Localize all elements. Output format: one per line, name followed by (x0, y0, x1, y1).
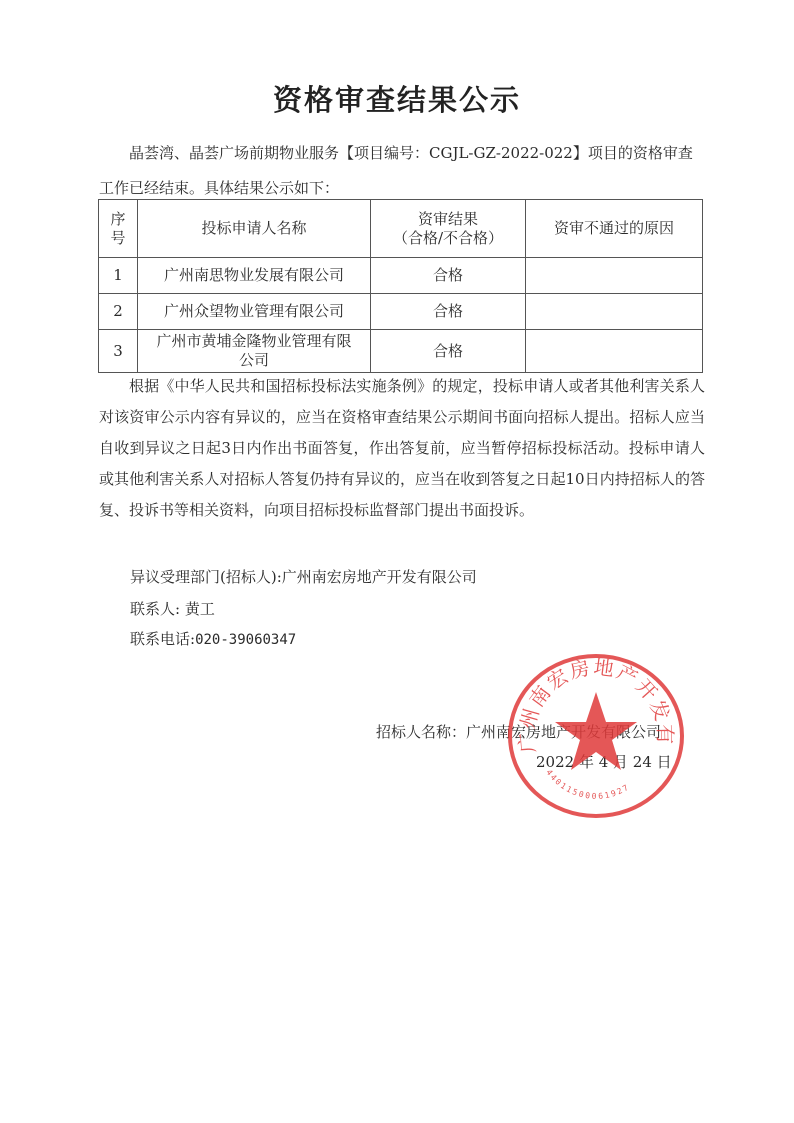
cell-applicant: 广州众望物业管理有限公司 (138, 294, 371, 330)
contact-phone: 联系电话:020-39060347 (130, 628, 296, 649)
phone-label: 联系电话: (130, 630, 195, 648)
cell-result: 合格 (371, 294, 526, 330)
objection-notice: 根据《中华人民共和国招标投标法实施条例》的规定，投标申请人或者其他利害关系人对该… (99, 371, 705, 526)
cell-index: 1 (99, 258, 138, 294)
cell-index: 3 (99, 330, 138, 373)
table-row: 3 广州市黄埔金隆物业管理有限 公司 合格 (99, 330, 703, 373)
cell-applicant: 广州市黄埔金隆物业管理有限 公司 (138, 330, 371, 373)
objection-department: 异议受理部门(招标人):广州南宏房地产开发有限公司 (130, 566, 477, 587)
sign-date: 2022 年 4 月 24 日 (536, 751, 672, 772)
header-applicant: 投标申请人名称 (138, 200, 371, 258)
table-row: 1 广州南思物业发展有限公司 合格 (99, 258, 703, 294)
cell-reason (526, 258, 703, 294)
signer-value: 广州南宏房地产开发有限公司 (466, 723, 661, 741)
signer-name: 招标人名称：广州南宏房地产开发有限公司 (376, 721, 661, 742)
seal-code: 44011500061927 (544, 768, 631, 801)
contact-person: 联系人: 黄工 (130, 598, 215, 619)
person-label: 联系人: (130, 600, 185, 618)
intro-paragraph: 晶荟湾、晶荟广场前期物业服务【项目编号：CGJL-GZ-2022-022】项目的… (99, 136, 705, 206)
cell-applicant: 广州南思物业发展有限公司 (138, 258, 371, 294)
signer-label: 招标人名称： (376, 723, 466, 741)
cell-result: 合格 (371, 330, 526, 373)
header-index: 序 号 (99, 200, 138, 258)
department-label: 异议受理部门(招标人): (130, 568, 282, 586)
cell-reason (526, 294, 703, 330)
header-result: 资审结果 （合格/不合格） (371, 200, 526, 258)
svg-text:44011500061927: 44011500061927 (544, 768, 631, 801)
header-reason: 资审不通过的原因 (526, 200, 703, 258)
person-value: 黄工 (185, 600, 215, 618)
document-title: 资格审查结果公示 (0, 78, 794, 119)
table-row: 2 广州众望物业管理有限公司 合格 (99, 294, 703, 330)
intro-line-1: 晶荟湾、晶荟广场前期物业服务【项目编号：CGJL-GZ-2022-022】项目的… (99, 136, 705, 171)
department-value: 广州南宏房地产开发有限公司 (282, 568, 477, 586)
cell-result: 合格 (371, 258, 526, 294)
notice-text: 根据《中华人民共和国招标投标法实施条例》的规定，投标申请人或者其他利害关系人对该… (99, 377, 705, 519)
cell-index: 2 (99, 294, 138, 330)
phone-value: 020-39060347 (195, 632, 296, 648)
qualification-result-table: 序 号 投标申请人名称 资审结果 （合格/不合格） 资审不通过的原因 1 广州南… (98, 199, 703, 373)
table-header-row: 序 号 投标申请人名称 资审结果 （合格/不合格） 资审不通过的原因 (99, 200, 703, 258)
cell-reason (526, 330, 703, 373)
